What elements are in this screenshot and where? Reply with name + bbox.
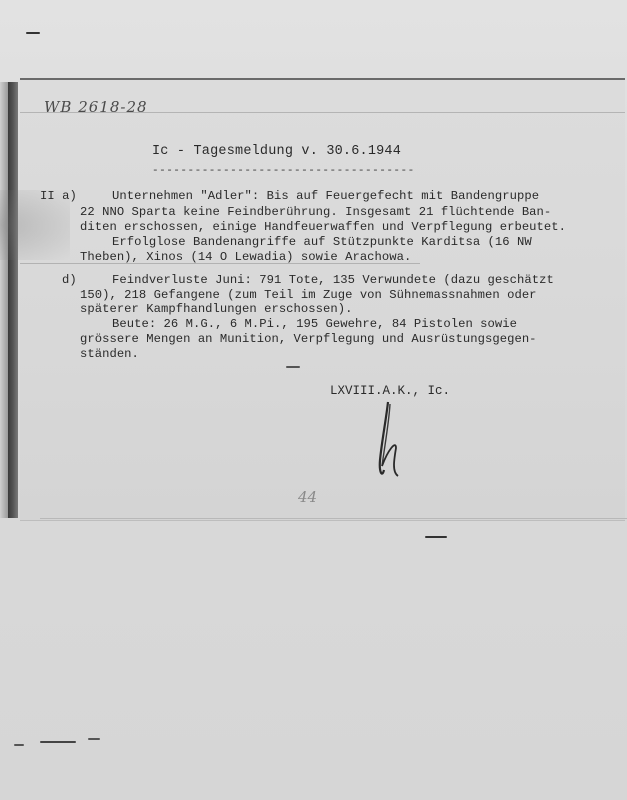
- text-line: grössere Mengen an Munition, Verpflegung…: [80, 332, 537, 346]
- text-line: 150), 218 Gefangene (zum Teil im Zuge vo…: [80, 288, 537, 302]
- scan-speck: [14, 744, 24, 746]
- section-label: d): [62, 273, 77, 287]
- document-title: Ic - Tagesmeldung v. 30.6.1944: [152, 144, 401, 159]
- text-line: Unternehmen "Adler": Bis auf Feuergefech…: [112, 189, 539, 203]
- text-line: 22 NNO Sparta keine Feindberührung. Insg…: [80, 205, 551, 219]
- signature-block: LXVIII.A.K., Ic.: [330, 384, 450, 398]
- page-lower-edge: [40, 518, 627, 519]
- handwritten-signature: [370, 400, 410, 480]
- scan-speck: [88, 738, 100, 740]
- page-number: 44: [298, 488, 317, 506]
- text-line: späterer Kampfhandlungen erschossen).: [80, 302, 352, 316]
- binder-spine: [8, 82, 18, 518]
- scan-speck: [26, 32, 40, 34]
- scan-speck: [425, 536, 447, 538]
- text-line: diten erschossen, einige Handfeuerwaffen…: [80, 220, 566, 234]
- text-line: Erfolglose Bandenangriffe auf Stützpunkt…: [112, 235, 532, 249]
- text-line: Beute: 26 M.G., 6 M.Pi., 195 Gewehre, 84…: [112, 317, 517, 331]
- section-label: II a): [40, 189, 77, 203]
- text-line: Theben), Xinos (14 O Lewadia) sowie Arac…: [80, 250, 411, 264]
- binder-edge-light: [0, 82, 8, 518]
- text-line: Feindverluste Juni: 791 Tote, 135 Verwun…: [112, 273, 554, 287]
- ink-mark: [286, 366, 300, 368]
- scan-speck: [40, 741, 76, 743]
- archive-mark: WB 2618-28: [44, 98, 148, 116]
- text-line: ständen.: [80, 347, 139, 361]
- title-underline: -------------------------------------: [152, 165, 415, 177]
